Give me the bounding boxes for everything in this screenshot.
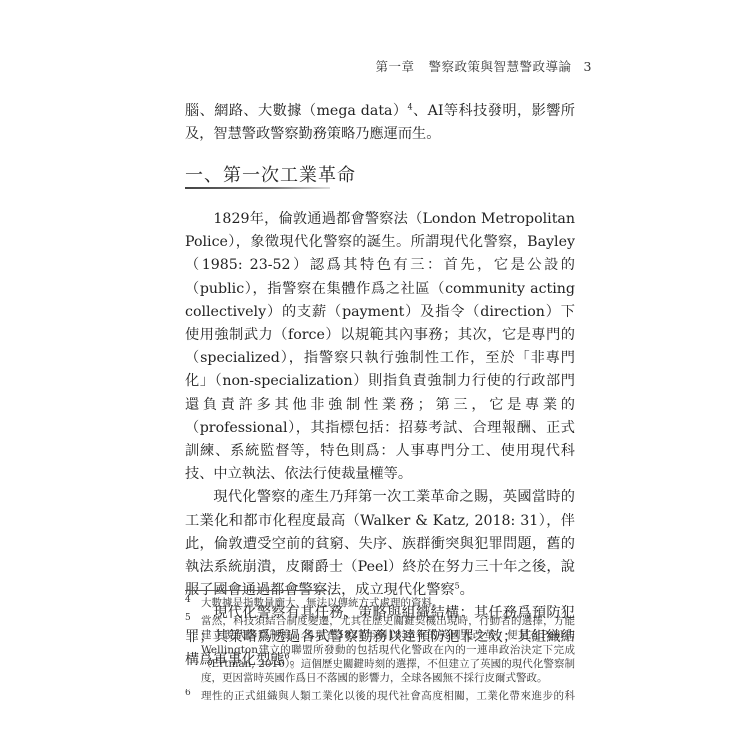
intro-text: 腦、網路、大數據（mega data）4、AI等科技發明，影響所及，智慧警政警察… <box>185 100 575 146</box>
paragraph-1: 1829年，倫敦通過都會警察法（London Metropolitan Poli… <box>185 208 575 486</box>
paragraph-2: 現代化警察的產生乃拜第一次工業革命之賜，英國當時的工業化和都市化程度最高（Wal… <box>185 486 575 602</box>
section-heading: 一、第一次工業革命 <box>185 161 356 187</box>
footnote-divider <box>185 590 327 591</box>
footnote-number: 4 <box>185 593 191 607</box>
running-header: 第一章警察政策與智慧警政導論3 <box>376 57 592 75</box>
footnote-text: 大數據是指數量龐大、無法以傳統方式處理的資料。 <box>201 597 443 609</box>
paragraph-2-text: 現代化警察的產生乃拜第一次工業革命之賜，英國當時的工業化和都市化程度最高（Wal… <box>185 489 575 598</box>
footnote-6: 6 理性的正式組織與人類工業化以後的現代社會高度相關，工業化帶來進步的科技，益加 <box>185 689 575 703</box>
intro-text-part1: 腦、網路、大數據（mega data） <box>185 103 408 119</box>
footnote-5: 5 當然，科技須結合制度變遷，尤其在歷史關鍵契機出現時，行動者的選擇，方能建立現… <box>185 614 575 685</box>
footnotes: 4 大數據是指數量龐大、無法以傳統方式處理的資料。 5 當然，科技須結合制度變遷… <box>185 596 575 707</box>
intro-paragraph: 腦、網路、大數據（mega data）4、AI等科技發明，影響所及，智慧警政警察… <box>185 100 575 146</box>
footnote-text: 當然，科技須結合制度變遷，尤其在歷史關鍵契機出現時，行動者的選擇，方能建立現代警… <box>201 615 575 684</box>
footnote-number: 6 <box>185 689 191 700</box>
chapter-title: 警察政策與智慧警政導論 <box>429 59 572 74</box>
footnote-number: 5 <box>185 611 191 625</box>
chapter-label: 第一章 <box>376 59 415 74</box>
footnote-4: 4 大數據是指數量龐大、無法以傳統方式處理的資料。 <box>185 596 575 610</box>
footnote-text: 理性的正式組織與人類工業化以後的現代社會高度相關，工業化帶來進步的科技，益加 <box>201 690 575 703</box>
page-number: 3 <box>584 59 592 74</box>
heading-underline <box>185 187 330 189</box>
